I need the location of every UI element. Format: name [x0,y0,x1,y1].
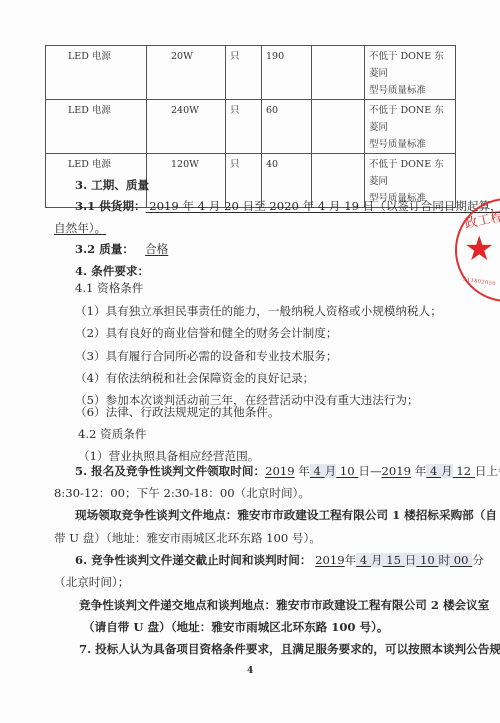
star-icon: ★ [464,232,494,266]
certification-item: （1）营业执照具备相应经营范围。 [78,448,259,464]
start-year: 2019 [265,464,295,478]
cell-spec: 240W [147,100,226,154]
deadline-day: 15 [383,553,405,567]
quality: 3.2 质量： 合格 [75,241,168,257]
registration-hours: 8:30-12：00；下午 2:30-18：00（北京时间）。 [54,485,310,501]
cell-qty: 60 [262,100,312,154]
submission-location-cont: （请自带 U 盘）（地址：雅安市雨城区北环东路 100 号）。 [83,619,389,635]
certification-heading: 4.2 资质条件 [78,426,147,442]
submission-location: 竞争性谈判文件递交地点和谈判地点：雅安市市政建设工程有限公司 2 楼会议室 [79,597,489,613]
date-dash: 日— [358,464,381,478]
end-year: 2019 [382,464,412,478]
deadline-month: 4 [356,553,371,567]
supply-period-value-cont: 自然年）。 [54,220,106,236]
pickup-location: 现场领取竞争性谈判文件地点：雅安市市政建设工程有限公司 1 楼招标采购部（自 [75,507,497,523]
quality-label: 3.2 质量： [75,242,134,256]
pickup-value: 雅安市市政建设工程有限公司 1 楼招标采购部（自 [237,508,497,522]
deadline-year: 2019 [315,553,345,567]
section-7-text: 7. 投标人认为具备项目资格条件要求，且满足服务要求的，可以按照本谈判公告规 [79,641,500,657]
supply-period: 3.1 供货期： 2019 年 4 月 20 日至 2020 年 4 月 19 … [75,198,500,214]
quality-value: 合格 [145,242,168,256]
table-row: LED 电源 240W 只 60 不低于 DONE 东菱同型号质量标准 [46,100,456,154]
supply-period-value: 2019 年 4 月 20 日至 2020 年 4 月 19 日（以签订合同日期… [146,199,500,213]
quality-line-1: 不低于 DONE 东菱同 [369,105,444,133]
cell-name: LED 电源 [46,100,147,154]
deadline-timezone: （北京时间）； [54,574,129,590]
qualification-heading: 4.1 资格条件 [75,280,144,296]
end-month: 4 [426,464,441,478]
quality-line-2: 型号质量标准 [369,139,426,150]
deadline-minute: 00 [450,553,472,567]
table-row: LED 电源 20W 只 190 不低于 DONE 东菱同型号质量标准 [46,46,456,100]
section-3-heading: 3. 工期、质量 [75,177,149,193]
cell-name: LED 电源 [46,46,147,100]
time-suffix: 日上午 [475,464,500,478]
quality-line-1: 不低于 DONE 东菱同 [369,159,444,187]
qualification-item: （2）具有良好的商业信誉和健全的财务会计制度； [75,325,337,341]
quality-line-1: 不低于 DONE 东菱同 [369,51,444,79]
deadline-hour: 10 [416,553,438,567]
qualification-item: （1）具有独立承担民事责任的能力，一般纳税人资格或小规模纳税人； [75,303,442,319]
cell-spec: 20W [147,46,226,100]
pickup-label: 现场领取竞争性谈判文件地点： [75,508,237,522]
cell-qty: 190 [262,46,312,100]
qualification-item: （4）有依法纳税和社会保障资金的良好记录； [75,370,314,386]
pickup-value-cont: 带 U 盘）（地址：雅安市雨城区北环东路 100 号）。 [54,530,321,546]
cell-quality: 不低于 DONE 东菱同型号质量标准 [365,46,456,100]
registration-label: 5. 报名及竞争性谈判文件领取时间： [75,464,265,478]
qualification-item: （3）具有履行合同所必需的设备和专业技术服务； [75,348,337,364]
supply-period-label: 3.1 供货期： [75,199,146,213]
registration-time: 5. 报名及竞争性谈判文件领取时间：2019 年 4 月 10 日—2019 年… [75,463,500,479]
cell-quality: 不低于 DONE 东菱同型号质量标准 [365,100,456,154]
start-month: 4 [310,464,325,478]
cell-blank [312,46,365,100]
submission-deadline: 6. 竞争性谈判文件递交截止时间和谈判时间： 2019年 4 月 15 日 10… [75,552,484,568]
start-day: 10 [336,464,358,478]
end-day: 12 [453,464,475,478]
cell-blank [312,100,365,154]
cell-unit: 只 [226,46,262,100]
submission-location-value: 雅安市市政建设工程有限公司 2 楼会议室 [276,598,489,612]
document-page: LED 电源 20W 只 190 不低于 DONE 东菱同型号质量标准 LED … [0,0,500,723]
cell-unit: 只 [226,100,262,154]
qualification-item: （6）法律、行政法规规定的其他条件。 [75,404,279,420]
submission-location-label: 竞争性谈判文件递交地点和谈判地点： [79,598,276,612]
page-number: 4 [247,666,253,676]
deadline-label: 6. 竞争性谈判文件递交截止时间和谈判时间： [75,553,311,567]
section-4-heading: 4. 条件要求： [75,263,149,279]
quality-line-2: 型号质量标准 [369,85,426,96]
